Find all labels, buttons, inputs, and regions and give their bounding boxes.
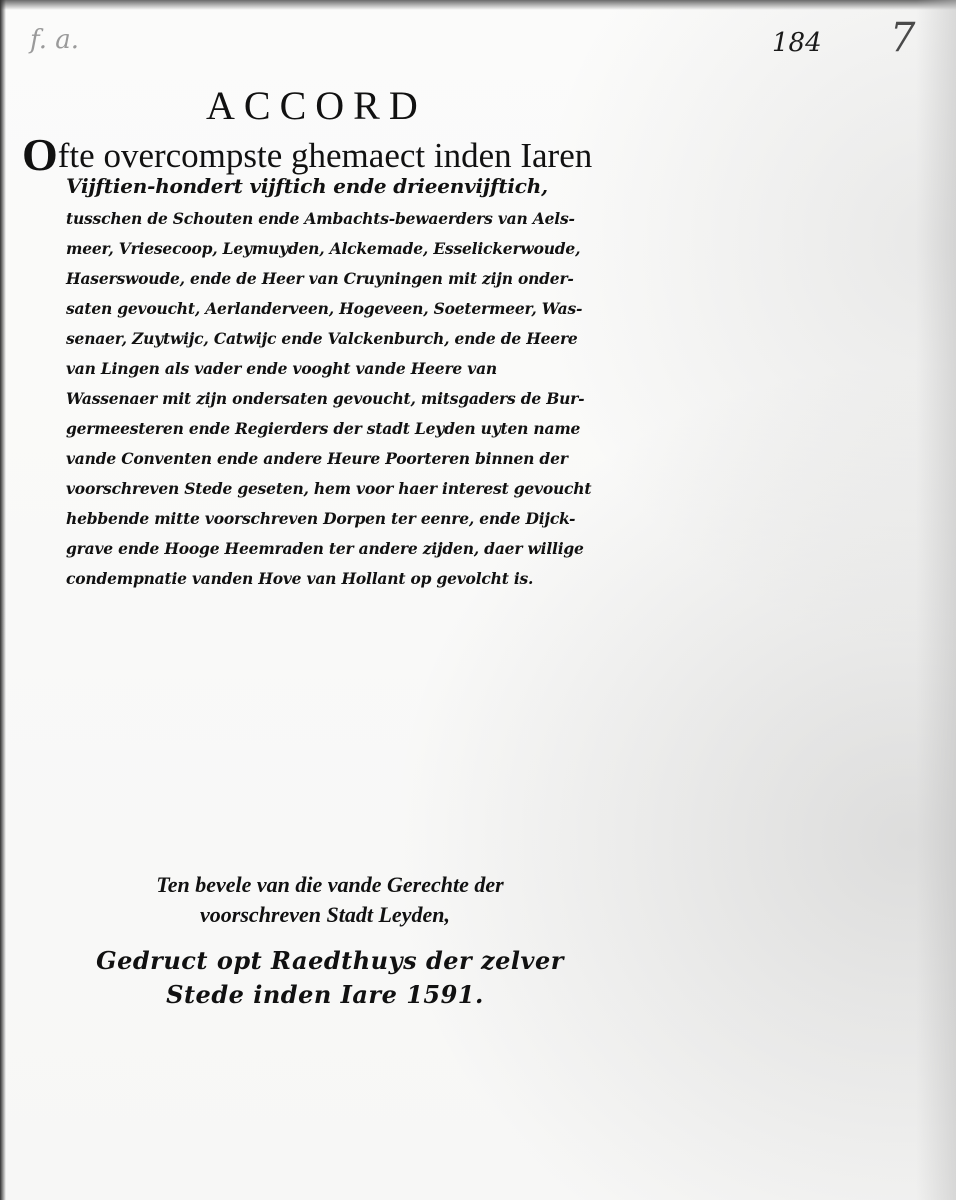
body-line: van Lingen als vader ende vooght vande H… bbox=[66, 354, 636, 384]
body-text: Vijftien-hondert vijftich ende drieenvij… bbox=[66, 170, 636, 594]
body-line: saten gevoucht, Aerlanderveen, Hogeveen,… bbox=[66, 294, 636, 324]
scan-right-edge bbox=[916, 0, 956, 1200]
body-line: Wassenaer mit zijn ondersaten gevoucht, … bbox=[66, 384, 636, 414]
corner-mark: 7 bbox=[890, 15, 915, 61]
body-line: germeesteren ende Regierders der stadt L… bbox=[66, 414, 636, 444]
folio-number: 184 bbox=[772, 28, 822, 58]
body-line: meer, Vriesecoop, Leymuyden, Alckemade, … bbox=[66, 234, 636, 264]
document-title: ACCORD bbox=[206, 82, 427, 129]
body-line: Haserswoude, ende de Heer van Cruyningen… bbox=[66, 264, 636, 294]
body-line: senaer, Zuytwijc, Catwijc ende Valckenbu… bbox=[66, 324, 636, 354]
body-line: condempnatie vanden Hove van Hollant op … bbox=[66, 564, 636, 594]
document-page: f. a. 184 7 ACCORD Ofte overcompste ghem… bbox=[0, 0, 956, 1200]
body-line: hebbende mitte voorschreven Dorpen ter e… bbox=[66, 504, 636, 534]
body-line: grave ende Hooge Heemraden ter andere zi… bbox=[66, 534, 636, 564]
printer-line: Stede inden Iare 1591. bbox=[0, 978, 640, 1012]
printer-line: Gedruct opt Raedthuys der zelver bbox=[0, 944, 640, 978]
order-line: Ten bevele van die vande Gerechte der bbox=[0, 870, 640, 900]
scan-top-edge bbox=[0, 0, 956, 10]
scan-left-edge bbox=[0, 0, 6, 1200]
imprint: Ten bevele van die vande Gerechte der vo… bbox=[0, 870, 640, 1012]
body-line: voorschreven Stede geseten, hem voor hae… bbox=[66, 474, 636, 504]
body-line: tusschen de Schouten ende Ambachts-bewae… bbox=[66, 204, 636, 234]
subtitle-initial: O bbox=[22, 129, 58, 180]
manuscript-note-top-left: f. a. bbox=[30, 25, 79, 55]
body-line: Vijftien-hondert vijftich ende drieenvij… bbox=[66, 170, 636, 204]
order-line: voorschreven Stadt Leyden, bbox=[0, 900, 640, 930]
body-line: vande Conventen ende andere Heure Poorte… bbox=[66, 444, 636, 474]
